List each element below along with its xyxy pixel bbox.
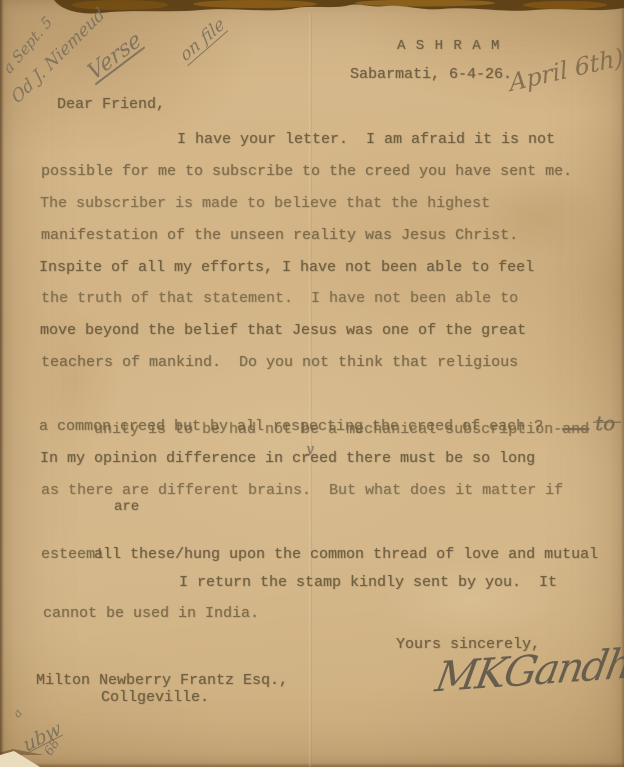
addressee-place: Collgeville. bbox=[101, 689, 209, 706]
body-line: teachers of mankind. Do you not think th… bbox=[41, 347, 622, 379]
body-line: Inspite of all my efforts, I have not be… bbox=[39, 252, 620, 284]
body-line: move beyond the belief that Jesus was on… bbox=[40, 315, 621, 347]
body-line: I have your letter. I am afraid it is no… bbox=[40, 124, 621, 156]
body-line-corrected: unity is to be had not bey a mechanical … bbox=[40, 379, 621, 411]
handwritten-annotation: Verse bbox=[84, 27, 146, 86]
letter-body: I have your letter. I am afraid it is no… bbox=[40, 124, 621, 570]
body-line: possible for me to subscribe to the cree… bbox=[41, 156, 622, 188]
scan-left-shadow bbox=[0, 0, 4, 767]
letter-page: a Sept. 5 Od J. Niemeud Verse on file A … bbox=[0, 0, 624, 767]
body-line: manifestation of the unseen reality was … bbox=[41, 220, 622, 252]
typed-insertion-are: are bbox=[114, 492, 139, 524]
letter-body-paragraph2: I return the stamp kindly sent by you. I… bbox=[42, 568, 557, 629]
body-line-insertion: areall these/hung upon the common thread… bbox=[40, 507, 621, 539]
letterhead-dateline: Sabarmati, 6-4-26. bbox=[350, 66, 512, 83]
salutation: Dear Friend, bbox=[57, 96, 165, 113]
handwritten-date: April 6th) bbox=[508, 43, 624, 97]
body-line: the truth of that statement. I have not … bbox=[41, 283, 622, 315]
body-line: I return the stamp kindly sent by you. I… bbox=[42, 568, 557, 599]
body-line: esteem! bbox=[41, 539, 622, 571]
handwritten-annotation: a bbox=[10, 706, 25, 721]
addressee-name: Milton Newberry Frantz Esq., bbox=[36, 672, 288, 689]
body-line: The subscriber is made to believe that t… bbox=[40, 188, 621, 220]
scan-bottom-shadow bbox=[0, 763, 624, 767]
letterhead-org: A S H R A M bbox=[397, 38, 500, 54]
body-line: cannot be used in India. bbox=[43, 599, 558, 630]
body-line: In my opinion difference in creed there … bbox=[40, 443, 621, 475]
body-line: a common creed but by all respecting the… bbox=[39, 411, 620, 443]
